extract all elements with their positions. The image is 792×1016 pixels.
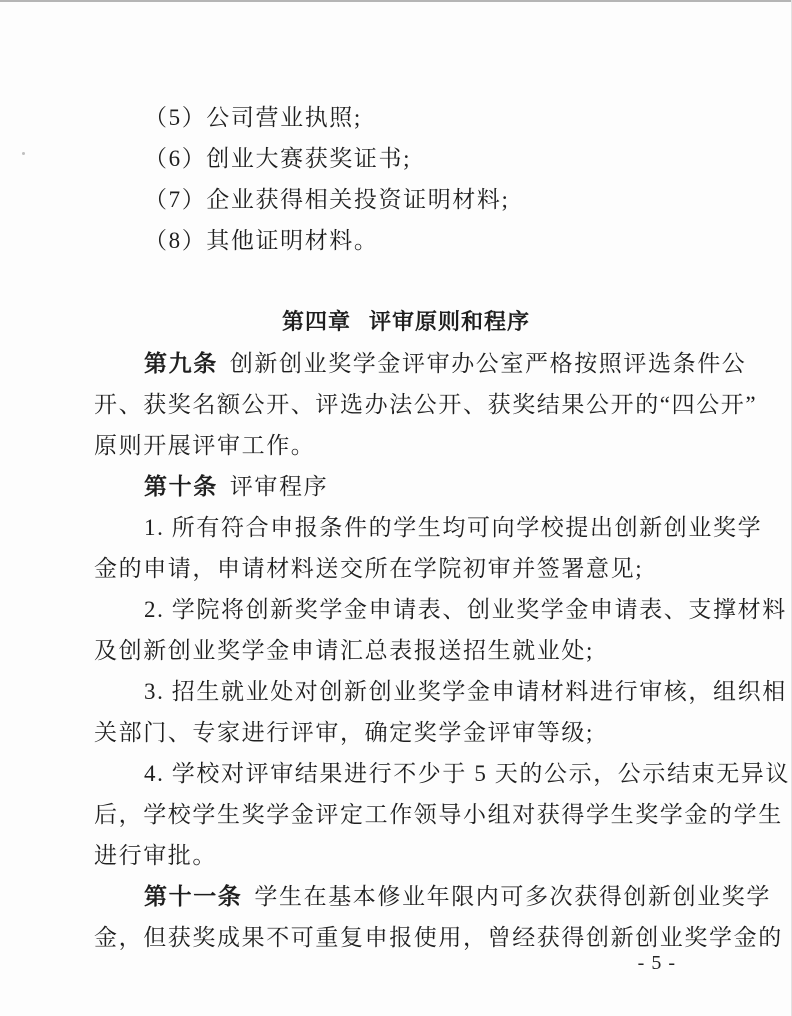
step-2-text-1: 2. 学院将创新奖学金申请表、创业奖学金申请表、支撑材料 — [144, 597, 787, 622]
attachment-item-7-text: （7）企业获得相关投资证明材料; — [144, 187, 510, 212]
step-1-line-2: 金的申请，申请材料送交所在学院初审并签署意见; — [94, 548, 718, 589]
attachment-item-8: （8）其他证明材料。 — [94, 220, 718, 261]
article-11-text-2: 金，但获奖成果不可重复申报使用，曾经获得创新创业奖学金的 — [94, 925, 783, 950]
step-4-text-2: 后，学校学生奖学金评定工作领导小组对获得学生奖学金的学生 — [94, 802, 783, 827]
attachment-item-7: （7）企业获得相关投资证明材料; — [94, 179, 718, 220]
scan-speck — [22, 152, 25, 155]
step-4-line-1: 4. 学校对评审结果进行不少于 5 天的公示，公示结束无异议 — [94, 753, 718, 794]
step-3-text-1: 3. 招生就业处对创新创业奖学金申请材料进行审核，组织相 — [144, 679, 787, 704]
step-2-text-2: 及创新创业奖学金申请汇总表报送招生就业处; — [94, 638, 594, 663]
document-body: （5）公司营业执照; （6）创业大赛获奖证书; （7）企业获得相关投资证明材料;… — [94, 97, 718, 958]
attachment-item-6: （6）创业大赛获奖证书; — [94, 138, 718, 179]
article-9-text-1: 创新创业奖学金评审办公室严格按照评选条件公 — [230, 351, 747, 376]
step-2-line-2: 及创新创业奖学金申请汇总表报送招生就业处; — [94, 630, 718, 671]
scan-top-edge-line — [0, 0, 792, 2]
article-10-number: 第十条 — [144, 474, 218, 499]
step-4-line-3: 进行审批。 — [94, 835, 718, 876]
article-10-line: 第十条评审程序 — [94, 466, 718, 507]
chapter-title: 评审原则和程序 — [369, 310, 530, 335]
article-9-number: 第九条 — [144, 351, 218, 376]
article-11-line-1: 第十一条学生在基本修业年限内可多次获得创新创业奖学 — [94, 876, 718, 917]
article-11-text-1: 学生在基本修业年限内可多次获得创新创业奖学 — [254, 884, 771, 909]
page-number: - 5 - — [638, 952, 676, 975]
step-1-text-2: 金的申请，申请材料送交所在学院初审并签署意见; — [94, 556, 643, 581]
article-11-line-2: 金，但获奖成果不可重复申报使用，曾经获得创新创业奖学金的 — [94, 917, 718, 958]
article-9-line-1: 第九条创新创业奖学金评审办公室严格按照评选条件公 — [94, 343, 718, 384]
article-11-number: 第十一条 — [144, 884, 242, 909]
step-4-text-3: 进行审批。 — [94, 843, 217, 868]
attachment-item-5: （5）公司营业执照; — [94, 97, 718, 138]
article-10-title: 评审程序 — [230, 474, 328, 499]
chapter-label: 第四章 — [282, 310, 351, 335]
attachment-item-6-text: （6）创业大赛获奖证书; — [144, 146, 411, 171]
step-4-text-1: 4. 学校对评审结果进行不少于 5 天的公示，公示结束无异议 — [144, 761, 790, 786]
attachment-item-8-text: （8）其他证明材料。 — [144, 228, 379, 253]
attachment-item-5-text: （5）公司营业执照; — [144, 105, 362, 130]
step-2-line-1: 2. 学院将创新奖学金申请表、创业奖学金申请表、支撑材料 — [94, 589, 718, 630]
article-9-line-3: 原则开展评审工作。 — [94, 425, 718, 466]
step-3-line-2: 关部门、专家进行评审，确定奖学金评审等级; — [94, 712, 718, 753]
article-9-text-3: 原则开展评审工作。 — [94, 433, 315, 458]
article-9-line-2: 开、获奖名额公开、评选办法公开、获奖结果公开的“四公开” — [94, 384, 718, 425]
step-1-line-1: 1. 所有符合申报条件的学生均可向学校提出创新创业奖学 — [94, 507, 718, 548]
scanned-document-page: （5）公司营业执照; （6）创业大赛获奖证书; （7）企业获得相关投资证明材料;… — [0, 0, 792, 1016]
step-1-text-1: 1. 所有符合申报条件的学生均可向学校提出创新创业奖学 — [144, 515, 762, 540]
article-9-text-2: 开、获奖名额公开、评选办法公开、获奖结果公开的“四公开” — [94, 392, 757, 417]
step-3-line-1: 3. 招生就业处对创新创业奖学金申请材料进行审核，组织相 — [94, 671, 718, 712]
step-3-text-2: 关部门、专家进行评审，确定奖学金评审等级; — [94, 720, 594, 745]
step-4-line-2: 后，学校学生奖学金评定工作领导小组对获得学生奖学金的学生 — [94, 794, 718, 835]
chapter-heading: 第四章评审原则和程序 — [94, 302, 718, 343]
